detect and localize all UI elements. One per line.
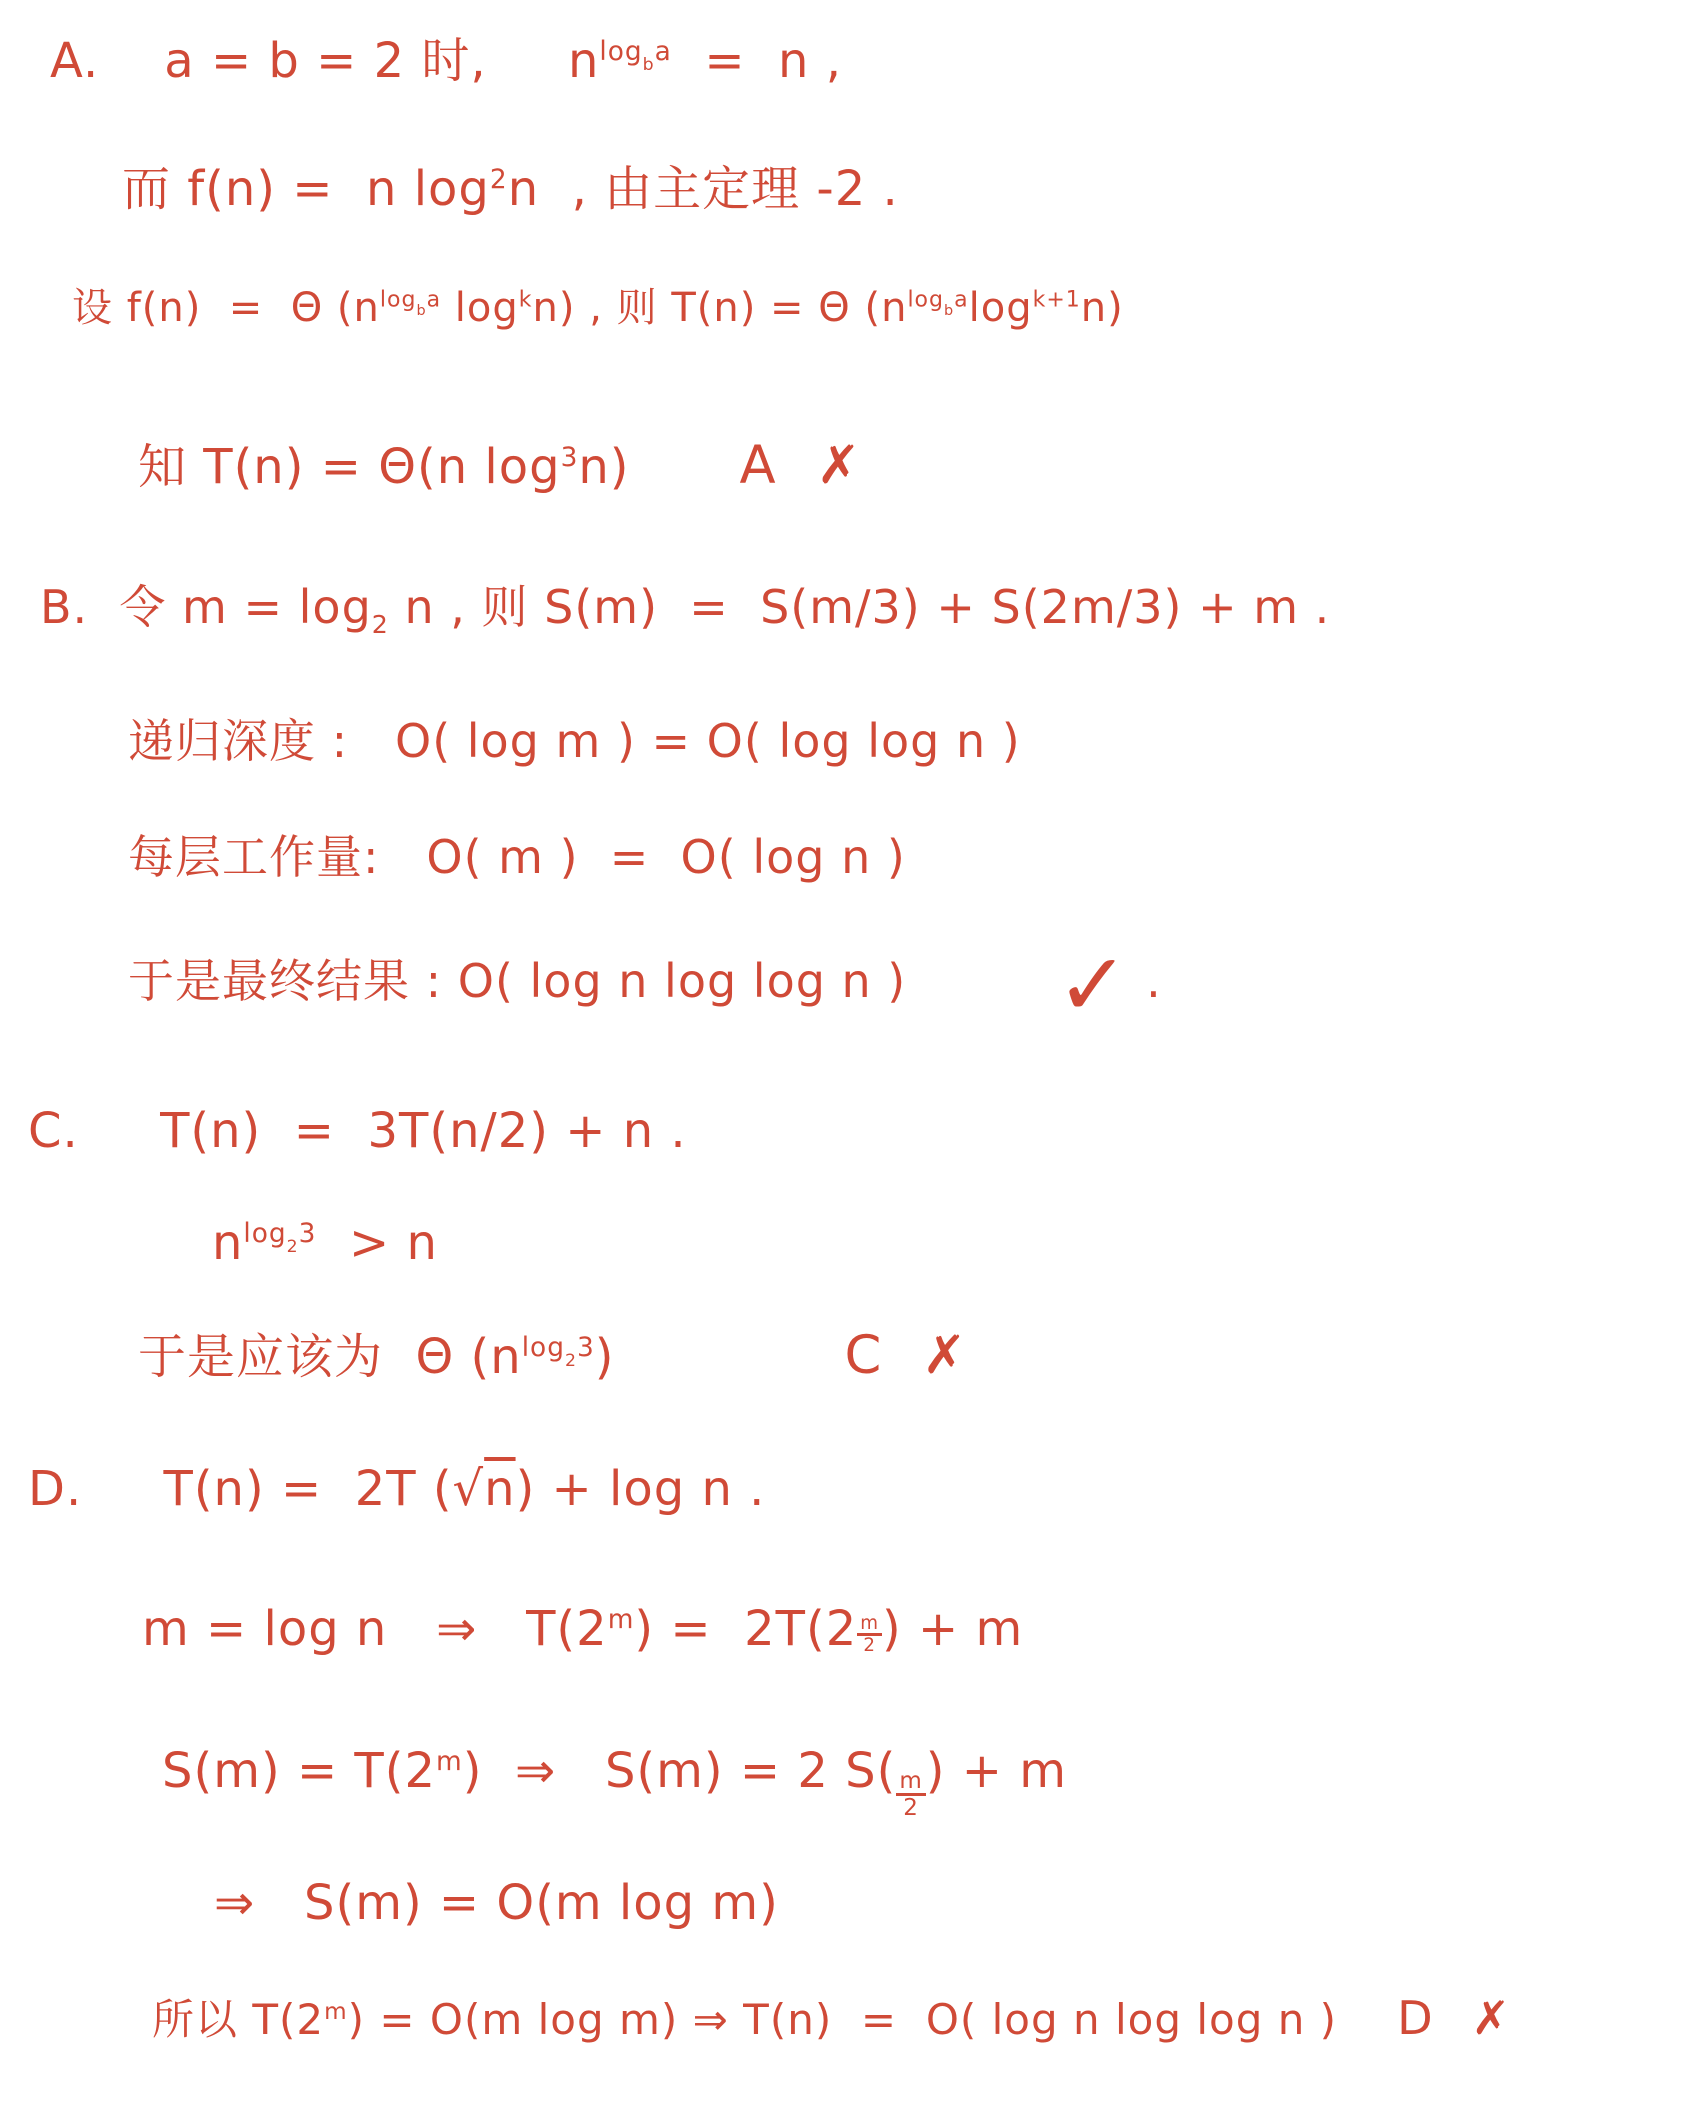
option-a-line-3-part: log [380, 288, 417, 313]
option-b-line-2: 递归深度 : O( log m ) = O( log log n ) [128, 712, 1021, 772]
option-d-line-3-part: ) ⇒ S(m) = 2 S( [463, 1743, 897, 1799]
option-b-line-4: 于是最终结果 : O( log n log log n )✓ . [128, 952, 1162, 1012]
option-a-line-3-part: log [441, 285, 519, 331]
option-d-line-5-part: m [324, 1999, 348, 2025]
option-c-line-1-part: C. T(n) = 3T(n/2) + n . [28, 1103, 687, 1159]
handwritten-notes-page: A. a = b = 2 时, nlogba = n ,而 f(n) = n l… [0, 0, 1699, 2103]
option-a-line-1-part: a [655, 36, 672, 67]
option-d-line-2-part: ) + m [882, 1601, 1023, 1657]
option-d-line-2-part: m [608, 1604, 635, 1635]
option-d-line-5-part: ) = O(m log m) ⇒ T(n) = O( log n log log… [348, 1995, 1337, 2044]
option-a-line-1-part: b [643, 55, 655, 75]
option-a-line-2-part: 2 [490, 164, 508, 195]
option-a-line-3: 设 f(n) = Θ (nlogba logkn) , 则 T(n) = Θ (… [72, 282, 1124, 334]
option-b-line-2-part: 递归深度 : O( log m ) = O( log log n ) [128, 714, 1021, 768]
option-d-line-3-part: m2 [896, 1769, 925, 1820]
option-d-line-1-part: D. T(n) = 2T ( [28, 1461, 453, 1517]
option-a-line-3-part: a [427, 288, 441, 313]
option-c-line-2-part: log [243, 1218, 286, 1249]
option-b-line-1-part: 2 [372, 610, 389, 639]
option-d-line-2-part: m = log n ⇒ T(2 [142, 1601, 608, 1657]
option-c-line-3-part: log [522, 1332, 565, 1363]
option-b-line-4-part: ✓ [1056, 934, 1130, 1036]
option-a-line-3-part: 设 f(n) = Θ (n [72, 285, 380, 331]
option-d-line-5: 所以 T(2m) = O(m log m) ⇒ T(n) = O( log n … [152, 1988, 1522, 2048]
option-a-line-4-part: 3 [561, 442, 579, 473]
option-b-line-1-part: B. 令 m = log [40, 580, 372, 634]
option-a-line-3-part: k+1 [1033, 288, 1081, 313]
option-d-line-3-part: S(m) = T(2 [162, 1743, 436, 1799]
option-b-line-4-part: . [1131, 954, 1162, 1008]
option-a-line-2: 而 f(n) = n log2n , 由主定理 -2 . [122, 158, 899, 220]
option-a-line-1-part: A. a = b = 2 时, n [50, 33, 599, 89]
option-c-line-1: C. T(n) = 3T(n/2) + n . [28, 1100, 687, 1162]
option-d-line-2-part: ) = 2T(2 [634, 1601, 857, 1657]
option-d-line-1: D. T(n) = 2T (√n) + log n . [28, 1458, 765, 1520]
option-a-line-3-part: a [954, 288, 968, 313]
option-a-line-1-part: = n , [672, 33, 842, 89]
option-c-line-3-part: 2 [565, 1351, 577, 1371]
option-d-line-1-part: ) + log n . [516, 1461, 766, 1517]
option-d-line-2: m = log n ⇒ T(2m) = 2T(2m2) + m [142, 1598, 1023, 1660]
option-c-line-2-part: 2 [287, 1237, 299, 1257]
option-b-line-3: 每层工作量: O( m ) = O( log n ) [128, 828, 906, 888]
option-b-line-1-part: n , 则 S(m) = S(m/3) + S(2m/3) + m . [389, 580, 1330, 634]
option-c-line-2-part: > n [316, 1215, 437, 1271]
option-a-line-3-part: log [907, 288, 944, 313]
option-b-line-3-part: 每层工作量: O( m ) = O( log n ) [128, 830, 906, 884]
option-b-line-4-part: 于是最终结果 : O( log n log log n ) [128, 954, 906, 1008]
option-b-line-1: B. 令 m = log2 n , 则 S(m) = S(m/3) + S(2m… [40, 578, 1330, 642]
option-d-line-3-part: m [436, 1746, 463, 1777]
option-a-line-4-part: 知 T(n) = Θ(n log [138, 439, 561, 495]
option-a-line-3-part: n) [1081, 285, 1124, 331]
option-c-line-3-part: ) [595, 1329, 615, 1385]
option-c-line-2-part: 3 [299, 1218, 317, 1249]
option-d-line-4-part: ⇒ S(m) = O(m log m) [214, 1875, 779, 1931]
option-d-line-2-part: m2 [857, 1614, 882, 1655]
option-a-line-2-part: n , 由主定理 -2 . [508, 161, 899, 217]
option-c-line-3-part: C ✗ [844, 1325, 978, 1386]
option-a-line-4-part: n) [578, 439, 629, 495]
option-d-line-4: ⇒ S(m) = O(m log m) [214, 1872, 779, 1934]
option-a-line-3-part: k [519, 288, 533, 313]
option-d-line-5-part: 所以 T(2 [152, 1995, 324, 2044]
option-a-line-1: A. a = b = 2 时, nlogba = n , [50, 30, 842, 92]
option-c-line-3-part: 于是应该为 Θ (n [138, 1329, 522, 1385]
option-c-line-2-part: n [212, 1215, 243, 1271]
option-a-line-4: 知 T(n) = Θ(n log3n)A ✗ [138, 432, 873, 501]
option-a-line-3-part: log [969, 285, 1033, 331]
option-c-line-3: 于是应该为 Θ (nlog23)C ✗ [138, 1322, 978, 1391]
option-d-line-1-part: n [484, 1461, 515, 1517]
option-d-line-3: S(m) = T(2m) ⇒ S(m) = 2 S(m2) + m [162, 1740, 1067, 1821]
option-a-line-3-part: n) , 则 T(n) = Θ (n [533, 285, 908, 331]
option-a-line-3-part: b [944, 303, 954, 319]
option-a-line-3-part: b [416, 303, 426, 319]
option-d-line-1-part: √ [453, 1461, 485, 1517]
option-d-line-5-part: D ✗ [1397, 1991, 1522, 2045]
option-a-line-2-part: 而 f(n) = n log [122, 161, 490, 217]
option-a-line-1-part: log [599, 36, 642, 67]
option-c-line-3-part: 3 [577, 1332, 595, 1363]
option-d-line-3-part: ) + m [926, 1743, 1067, 1799]
option-c-line-2: nlog23 > n [212, 1212, 438, 1274]
option-a-line-4-part: A ✗ [740, 435, 873, 496]
